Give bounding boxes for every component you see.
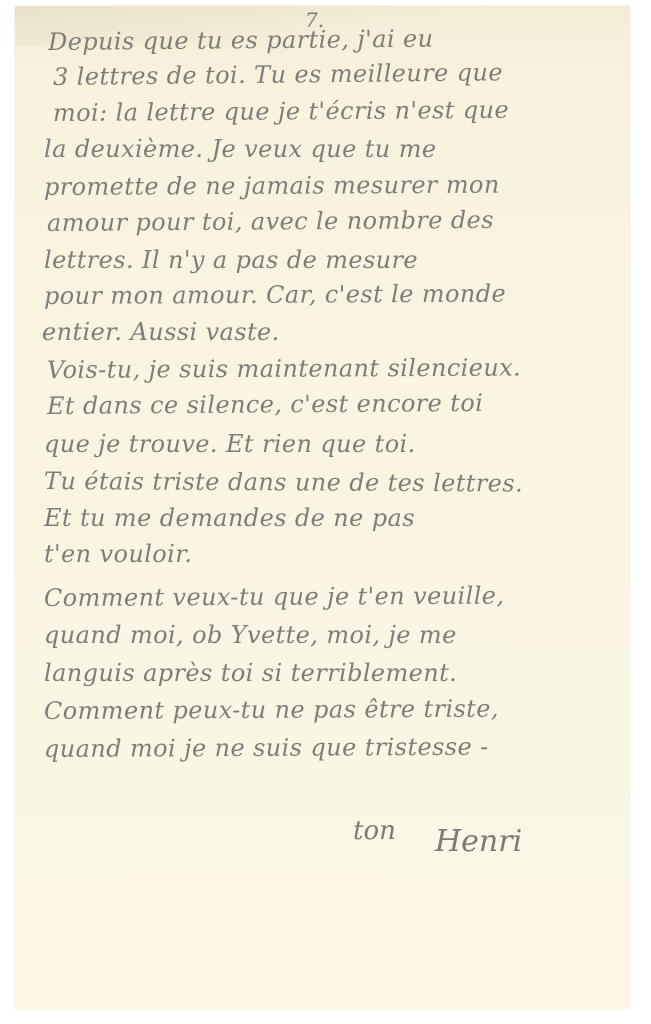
letter-line: la deuxième. Je veux que tu me — [44, 135, 436, 163]
letter-line: Tu étais triste dans une de tes lettres. — [44, 467, 523, 498]
letter-line: Et tu me demandes de ne pas — [44, 504, 415, 532]
letter-page: 7. Depuis que tu es partie, j'ai eu 3 le… — [15, 6, 630, 1009]
letter-line: entier. Aussi vaste. — [42, 318, 280, 346]
letter-line: Comment peux-tu ne pas être triste, — [44, 695, 499, 725]
letter-line: lettres. Il n'y a pas de mesure — [44, 246, 418, 274]
letter-line: languis après toi si terriblement. — [44, 659, 457, 687]
letter-line: amour pour toi, avec le nombre des — [47, 206, 494, 237]
letter-line: que je trouve. Et rien que toi. — [44, 430, 416, 458]
letter-line: 3 lettres de toi. Tu es meilleure que — [53, 58, 503, 91]
letter-line: moi: la lettre que je t'écris n'est que — [53, 96, 509, 127]
letter-line: pour mon amour. Car, c'est le monde — [44, 280, 506, 310]
letter-line: Et dans ce silence, c'est encore toi — [47, 389, 483, 420]
letter-line: promette de ne jamais mesurer mon — [44, 171, 500, 201]
letter-line: Depuis que tu es partie, j'ai eu — [48, 25, 434, 56]
signature: Henri — [435, 824, 522, 859]
closing-word: ton — [353, 816, 396, 846]
letter-line: Vois-tu, je suis maintenant silencieux. — [47, 354, 521, 384]
letter-line: quand moi je ne suis que tristesse - — [44, 733, 489, 763]
letter-line: t'en vouloir. — [44, 540, 192, 568]
letter-line: Comment veux-tu que je t'en veuille, — [44, 582, 505, 612]
letter-line: quand moi, ob Yvette, moi, je me — [44, 621, 457, 649]
